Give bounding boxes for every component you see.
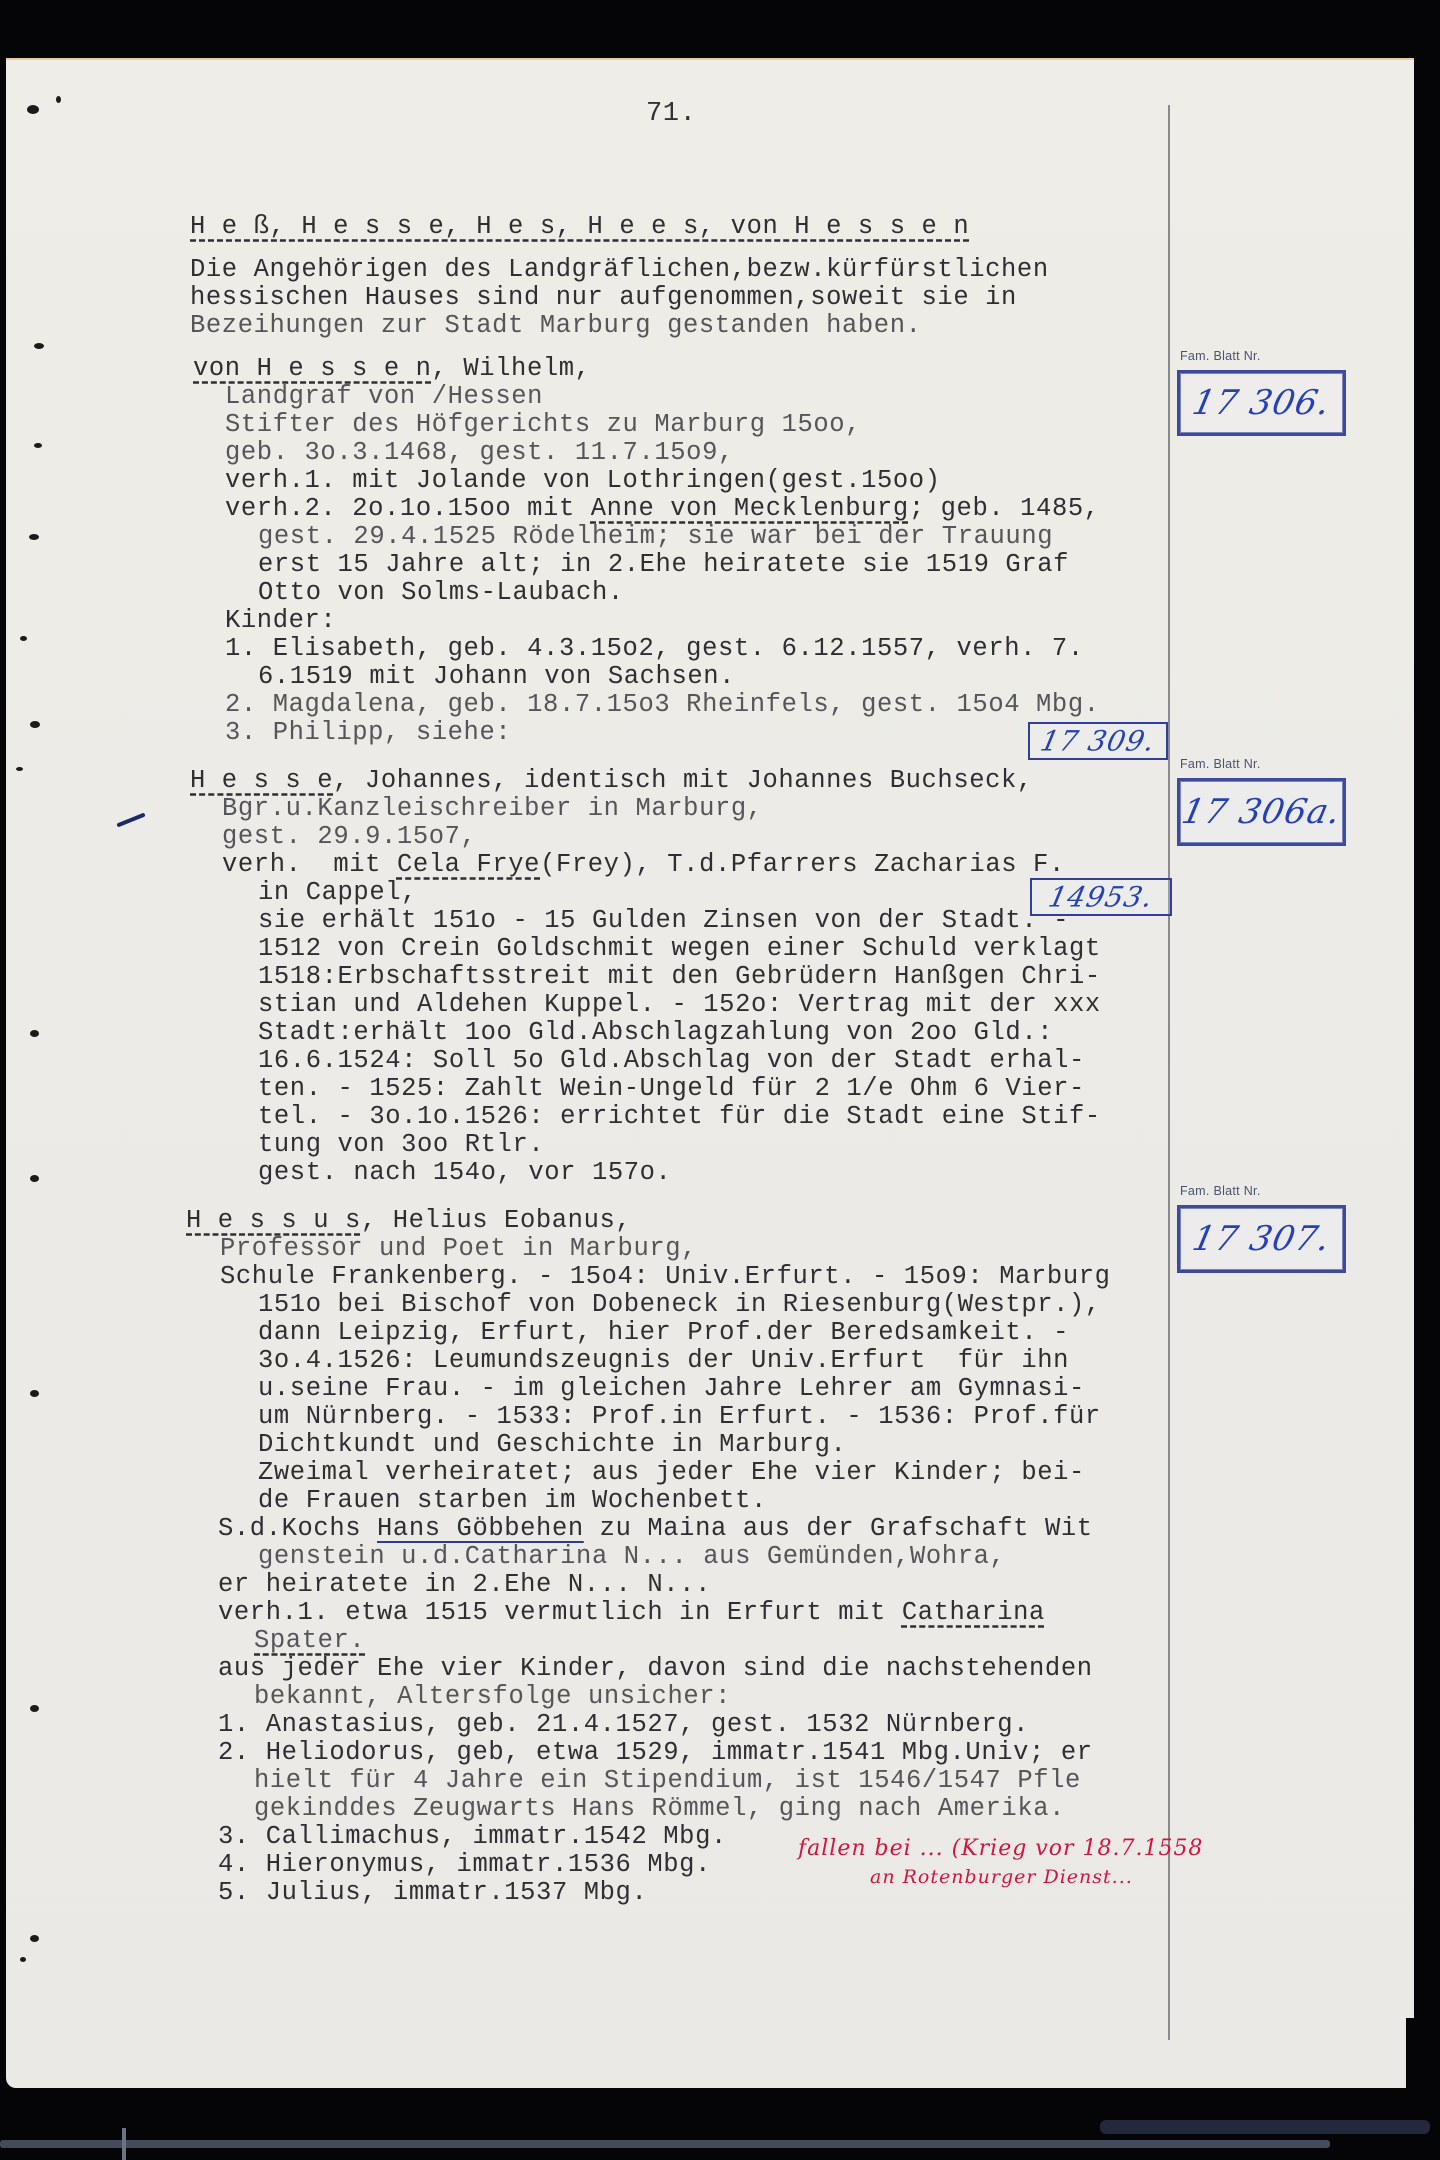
fam-blatt-stamp: 17 306a. (1177, 778, 1346, 846)
entry-line-spouse: verh.1. etwa 1515 vermutlich in Erfurt m… (218, 1599, 1045, 1627)
entry-line: Zweimal verheiratet; aus jeder Ehe vier … (258, 1459, 1085, 1487)
entry-line: gest. 29.4.1525 Rödelheim; sie war bei d… (258, 523, 1053, 551)
entry-line: Stifter des Höfgerichts zu Marburg 15oo, (225, 411, 861, 439)
entry-line: in Cappel, (258, 879, 417, 907)
cross-reference-stamp: 17 309. (1028, 722, 1168, 760)
punch-mark (34, 343, 44, 349)
entry-line: bekannt, Altersfolge unsicher: (254, 1683, 731, 1711)
entry-hessus-name: H e s s u s, Helius Eobanus, (186, 1207, 631, 1235)
fam-blatt-label: Fam. Blatt Nr. (1180, 1184, 1261, 1198)
section-heading: H e ß, H e s s e, H e s, H e e s, von H … (190, 213, 969, 241)
child-item: 1. Elisabeth, geb. 4.3.15o2, gest. 6.12.… (225, 635, 1084, 663)
scanner-rail-tick (122, 2128, 126, 2160)
intro-line: Bezeihungen zur Stadt Marburg gestanden … (190, 312, 922, 340)
entry-line: verh.1. mit Jolande von Lothringen(gest.… (225, 467, 941, 495)
entry-line-spouse: verh. mit Cela Frye(Frey), T.d.Pfarrers … (222, 851, 1065, 879)
entry-wilhelm-name: von H e s s e n, Wilhelm, (193, 355, 591, 383)
spouse-name: Cela Frye (397, 850, 540, 879)
page-edge-notch (1406, 2018, 1414, 2088)
entry-line: dann Leipzig, Erfurt, hier Prof.der Bere… (258, 1319, 1069, 1347)
cross-reference-number: 17 309. (1026, 725, 1169, 758)
entry-line: Otto von Solms-Laubach. (258, 579, 624, 607)
fam-blatt-number: 17 306. (1176, 383, 1348, 423)
fam-blatt-label: Fam. Blatt Nr. (1180, 757, 1261, 771)
scanner-rail (1100, 2120, 1430, 2134)
cross-reference-stamp: 14953. (1030, 878, 1172, 916)
child-item: 1. Anastasius, geb. 21.4.1527, gest. 153… (218, 1711, 1029, 1739)
entry-line: aus jeder Ehe vier Kinder, davon sind di… (218, 1655, 1093, 1683)
entry-johannes-name: H e s s e, Johannes, identisch mit Johan… (190, 767, 1033, 795)
margin-rule (1168, 105, 1170, 2040)
entry-line: gest. nach 154o, vor 157o. (258, 1159, 671, 1187)
intro-line: hessischen Hauses sind nur aufgenommen,s… (190, 284, 1017, 312)
scanner-rail (0, 2140, 1330, 2148)
typewritten-body: H e ß, H e s s e, H e s, H e e s, von H … (0, 0, 32, 1848)
entry-line: u.seine Frau. - im gleichen Jahre Lehrer… (258, 1375, 1085, 1403)
cross-reference-number: 14953. (1028, 881, 1173, 914)
fam-blatt-label: Fam. Blatt Nr. (1180, 349, 1261, 363)
punch-mark (56, 96, 61, 103)
page-number: 71. (646, 100, 696, 128)
entry-line: 1518:Erbschaftsstreit mit den Gebrüdern … (258, 963, 1101, 991)
entry-line: stian und Aldehen Kuppel. - 152o: Vertra… (258, 991, 1101, 1019)
entry-surname: von H e s s e n (193, 354, 432, 383)
handwritten-note: fallen bei ... (Krieg vor 18.7.1558 (798, 1836, 1203, 1861)
entry-line: ten. - 1525: Zahlt Wein-Ungeld für 2 1/e… (258, 1075, 1085, 1103)
entry-given-name: , Helius Eobanus, (361, 1206, 631, 1235)
entry-line: tung von 3oo Rtlr. (258, 1131, 544, 1159)
punch-mark (34, 443, 42, 448)
spouse-name: Anne von Mecklenburg (591, 494, 909, 523)
fam-blatt-number: 17 306a. (1176, 792, 1348, 832)
entry-line: de Frauen starben im Wochenbett. (258, 1487, 767, 1515)
spouse-name: Catharina (902, 1598, 1045, 1627)
punch-mark (30, 1935, 39, 1942)
entry-line: erst 15 Jahre alt; in 2.Ehe heiratete si… (258, 551, 1069, 579)
child-item: 4. Hieronymus, immatr.1536 Mbg. (218, 1851, 711, 1879)
spouse-name-cont: Spater. (254, 1627, 365, 1655)
entry-line: gest. 29.9.15o7, (222, 823, 476, 851)
entry-line: sie erhält 151o - 15 Gulden Zinsen von d… (258, 907, 1069, 935)
entry-line: Kinder: (225, 607, 336, 635)
fam-blatt-stamp: 17 307. (1177, 1205, 1346, 1273)
child-item: 2. Heliodorus, geb, etwa 1529, immatr.15… (218, 1739, 1093, 1767)
punch-mark (20, 1957, 26, 1962)
entry-line: er heiratete in 2.Ehe N... N... (218, 1571, 711, 1599)
entry-line: Stadt:erhält 1oo Gld.Abschlagzahlung von… (258, 1019, 1053, 1047)
entry-given-name: , Wilhelm, (432, 354, 591, 383)
child-item-cont: 6.1519 mit Johann von Sachsen. (258, 663, 735, 691)
entry-line: 1512 von Crein Goldschmit wegen einer Sc… (258, 935, 1101, 963)
entry-line: 151o bei Bischof von Dobeneck in Riesenb… (258, 1291, 1101, 1319)
child-item-cont: hielt für 4 Jahre ein Stipendium, ist 15… (254, 1767, 1081, 1795)
child-item-cont: gekinddes Zeugwarts Hans Römmel, ging na… (254, 1795, 1065, 1823)
entry-line-father: S.d.Kochs Hans Göbbehen zu Maina aus der… (218, 1515, 1093, 1543)
entry-line: genstein u.d.Catharina N... aus Gemünden… (258, 1543, 1005, 1571)
entry-given-name: , Johannes, identisch mit Johannes Buchs… (333, 766, 1033, 795)
child-item: 3. Callimachus, immatr.1542 Mbg. (218, 1823, 727, 1851)
entry-line: um Nürnberg. - 1533: Prof.in Erfurt. - 1… (258, 1403, 1101, 1431)
entry-line: Professor und Poet in Marburg, (220, 1235, 697, 1263)
handwritten-note: an Rotenburger Dienst... (870, 1866, 1133, 1888)
entry-line: 16.6.1524: Soll 5o Gld.Abschlag von der … (258, 1047, 1085, 1075)
entry-line: Schule Frankenberg. - 15o4: Univ.Erfurt.… (220, 1263, 1111, 1291)
entry-line: Bgr.u.Kanzleischreiber in Marburg, (222, 795, 763, 823)
fam-blatt-number: 17 307. (1176, 1219, 1348, 1259)
entry-line: Dichtkundt und Geschichte in Marburg. (258, 1431, 846, 1459)
entry-line-spouse: verh.2. 2o.1o.15oo mit Anne von Mecklenb… (225, 495, 1100, 523)
child-item: 3. Philipp, siehe: (225, 719, 511, 747)
entry-line: Landgraf von /Hessen (225, 383, 543, 411)
child-item: 5. Julius, immatr.1537 Mbg. (218, 1879, 647, 1907)
entry-line: 3o.4.1526: Leumundszeugnis der Univ.Erfu… (258, 1347, 1069, 1375)
entry-line: tel. - 3o.1o.1526: errichtet für die Sta… (258, 1103, 1101, 1131)
father-name: Hans Göbbehen (377, 1514, 584, 1543)
entry-line: geb. 3o.3.1468, gest. 11.7.15o9, (225, 439, 734, 467)
intro-line: Die Angehörigen des Landgräflichen,bezw.… (190, 256, 1049, 284)
entry-surname: H e s s e (190, 766, 333, 795)
child-item: 2. Magdalena, geb. 18.7.15o3 Rheinfels, … (225, 691, 1100, 719)
fam-blatt-stamp: 17 306. (1177, 370, 1346, 436)
entry-surname: H e s s u s (186, 1206, 361, 1235)
